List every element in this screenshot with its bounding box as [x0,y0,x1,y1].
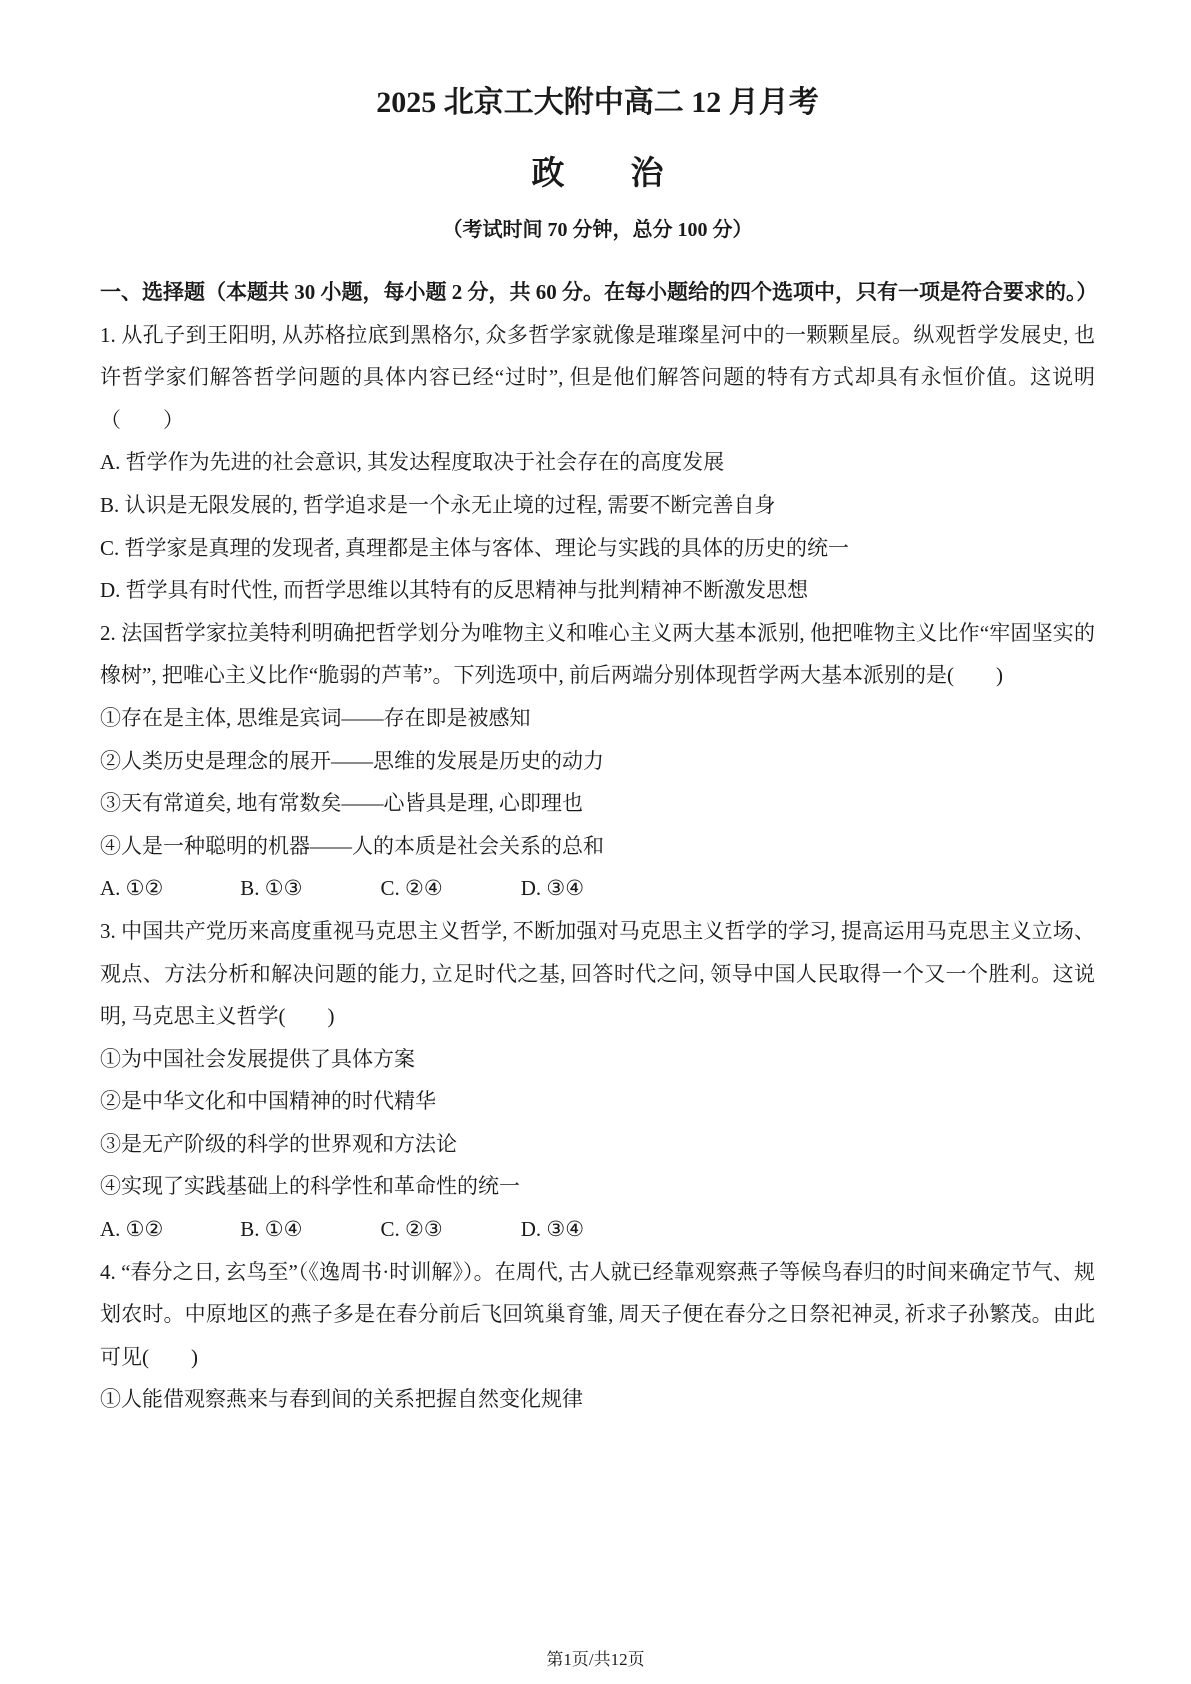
question-3-choice-d: D. ③④ [521,1208,584,1251]
subject-title: 政 治 [100,152,1095,196]
question-2-choice-c: C. ②④ [381,867,516,910]
question-2-choice-row: A. ①② B. ①③ C. ②④ D. ③④ [100,867,1095,910]
question-3-choice-b: B. ①④ [240,1208,375,1251]
question-1-option-b: B. 认识是无限发展的, 哲学追求是一个永无止境的过程, 需要不断完善自身 [100,484,1095,527]
question-3-choice-c: C. ②③ [381,1208,516,1251]
question-3-item-2: ②是中华文化和中国精神的时代精华 [100,1080,1095,1123]
question-2-choice-b: B. ①③ [240,867,375,910]
question-3-stem: 3. 中国共产党历来高度重视马克思主义哲学, 不断加强对马克思主义哲学的学习, … [100,910,1095,1038]
question-4-item-1: ①人能借观察燕来与春到间的关系把握自然变化规律 [100,1378,1095,1421]
question-3: 3. 中国共产党历来高度重视马克思主义哲学, 不断加强对马克思主义哲学的学习, … [100,910,1095,1251]
exam-info: （考试时间 70 分钟，总分 100 分） [100,216,1095,244]
question-2-item-4: ④人是一种聪明的机器——人的本质是社会关系的总和 [100,825,1095,868]
question-2-item-1: ①存在是主体, 思维是宾词——存在即是被感知 [100,697,1095,740]
question-3-choice-row: A. ①② B. ①④ C. ②③ D. ③④ [100,1208,1095,1251]
question-2-item-3: ③天有常道矣, 地有常数矣——心皆具是理, 心即理也 [100,782,1095,825]
question-4: 4. “春分之日, 玄鸟至”（《逸周书·时训解》）。在周代, 古人就已经靠观察燕… [100,1251,1095,1421]
exam-body: 一、选择题（本题共 30 小题，每小题 2 分，共 60 分。在每小题给的四个选… [100,271,1095,1421]
question-1-option-c: C. 哲学家是真理的发现者, 真理都是主体与客体、理论与实践的具体的历史的统一 [100,527,1095,570]
page-content: 2025 北京工大附中高二 12 月月考 政 治 （考试时间 70 分钟，总分 … [100,0,1095,1421]
question-1-option-a: A. 哲学作为先进的社会意识, 其发达程度取决于社会存在的高度发展 [100,441,1095,484]
question-3-item-1: ①为中国社会发展提供了具体方案 [100,1038,1095,1081]
question-2-choice-a: A. ①② [100,867,235,910]
question-1-stem: 1. 从孔子到王阳明, 从苏格拉底到黑格尔, 众多哲学家就像是璀璨星河中的一颗颗… [100,314,1095,442]
question-3-item-3: ③是无产阶级的科学的世界观和方法论 [100,1123,1095,1166]
page-number: 第1页/共12页 [0,1648,1191,1672]
question-2-choice-d: D. ③④ [521,867,584,910]
question-1: 1. 从孔子到王阳明, 从苏格拉底到黑格尔, 众多哲学家就像是璀璨星河中的一颗颗… [100,314,1095,612]
question-3-choice-a: A. ①② [100,1208,235,1251]
question-2: 2. 法国哲学家拉美特利明确把哲学划分为唯物主义和唯心主义两大基本派别, 他把唯… [100,612,1095,910]
question-2-item-2: ②人类历史是理念的展开——思维的发展是历史的动力 [100,740,1095,783]
question-4-stem: 4. “春分之日, 玄鸟至”（《逸周书·时训解》）。在周代, 古人就已经靠观察燕… [100,1251,1095,1379]
question-1-option-d: D. 哲学具有时代性, 而哲学思维以其特有的反思精神与批判精神不断激发思想 [100,569,1095,612]
exam-title: 2025 北京工大附中高二 12 月月考 [100,84,1095,122]
question-2-stem: 2. 法国哲学家拉美特利明确把哲学划分为唯物主义和唯心主义两大基本派别, 他把唯… [100,612,1095,697]
section-heading: 一、选择题（本题共 30 小题，每小题 2 分，共 60 分。在每小题给的四个选… [100,271,1095,314]
question-3-item-4: ④实现了实践基础上的科学性和革命性的统一 [100,1165,1095,1208]
exam-page: 2025 北京工大附中高二 12 月月考 政 治 （考试时间 70 分钟，总分 … [0,0,1191,1684]
